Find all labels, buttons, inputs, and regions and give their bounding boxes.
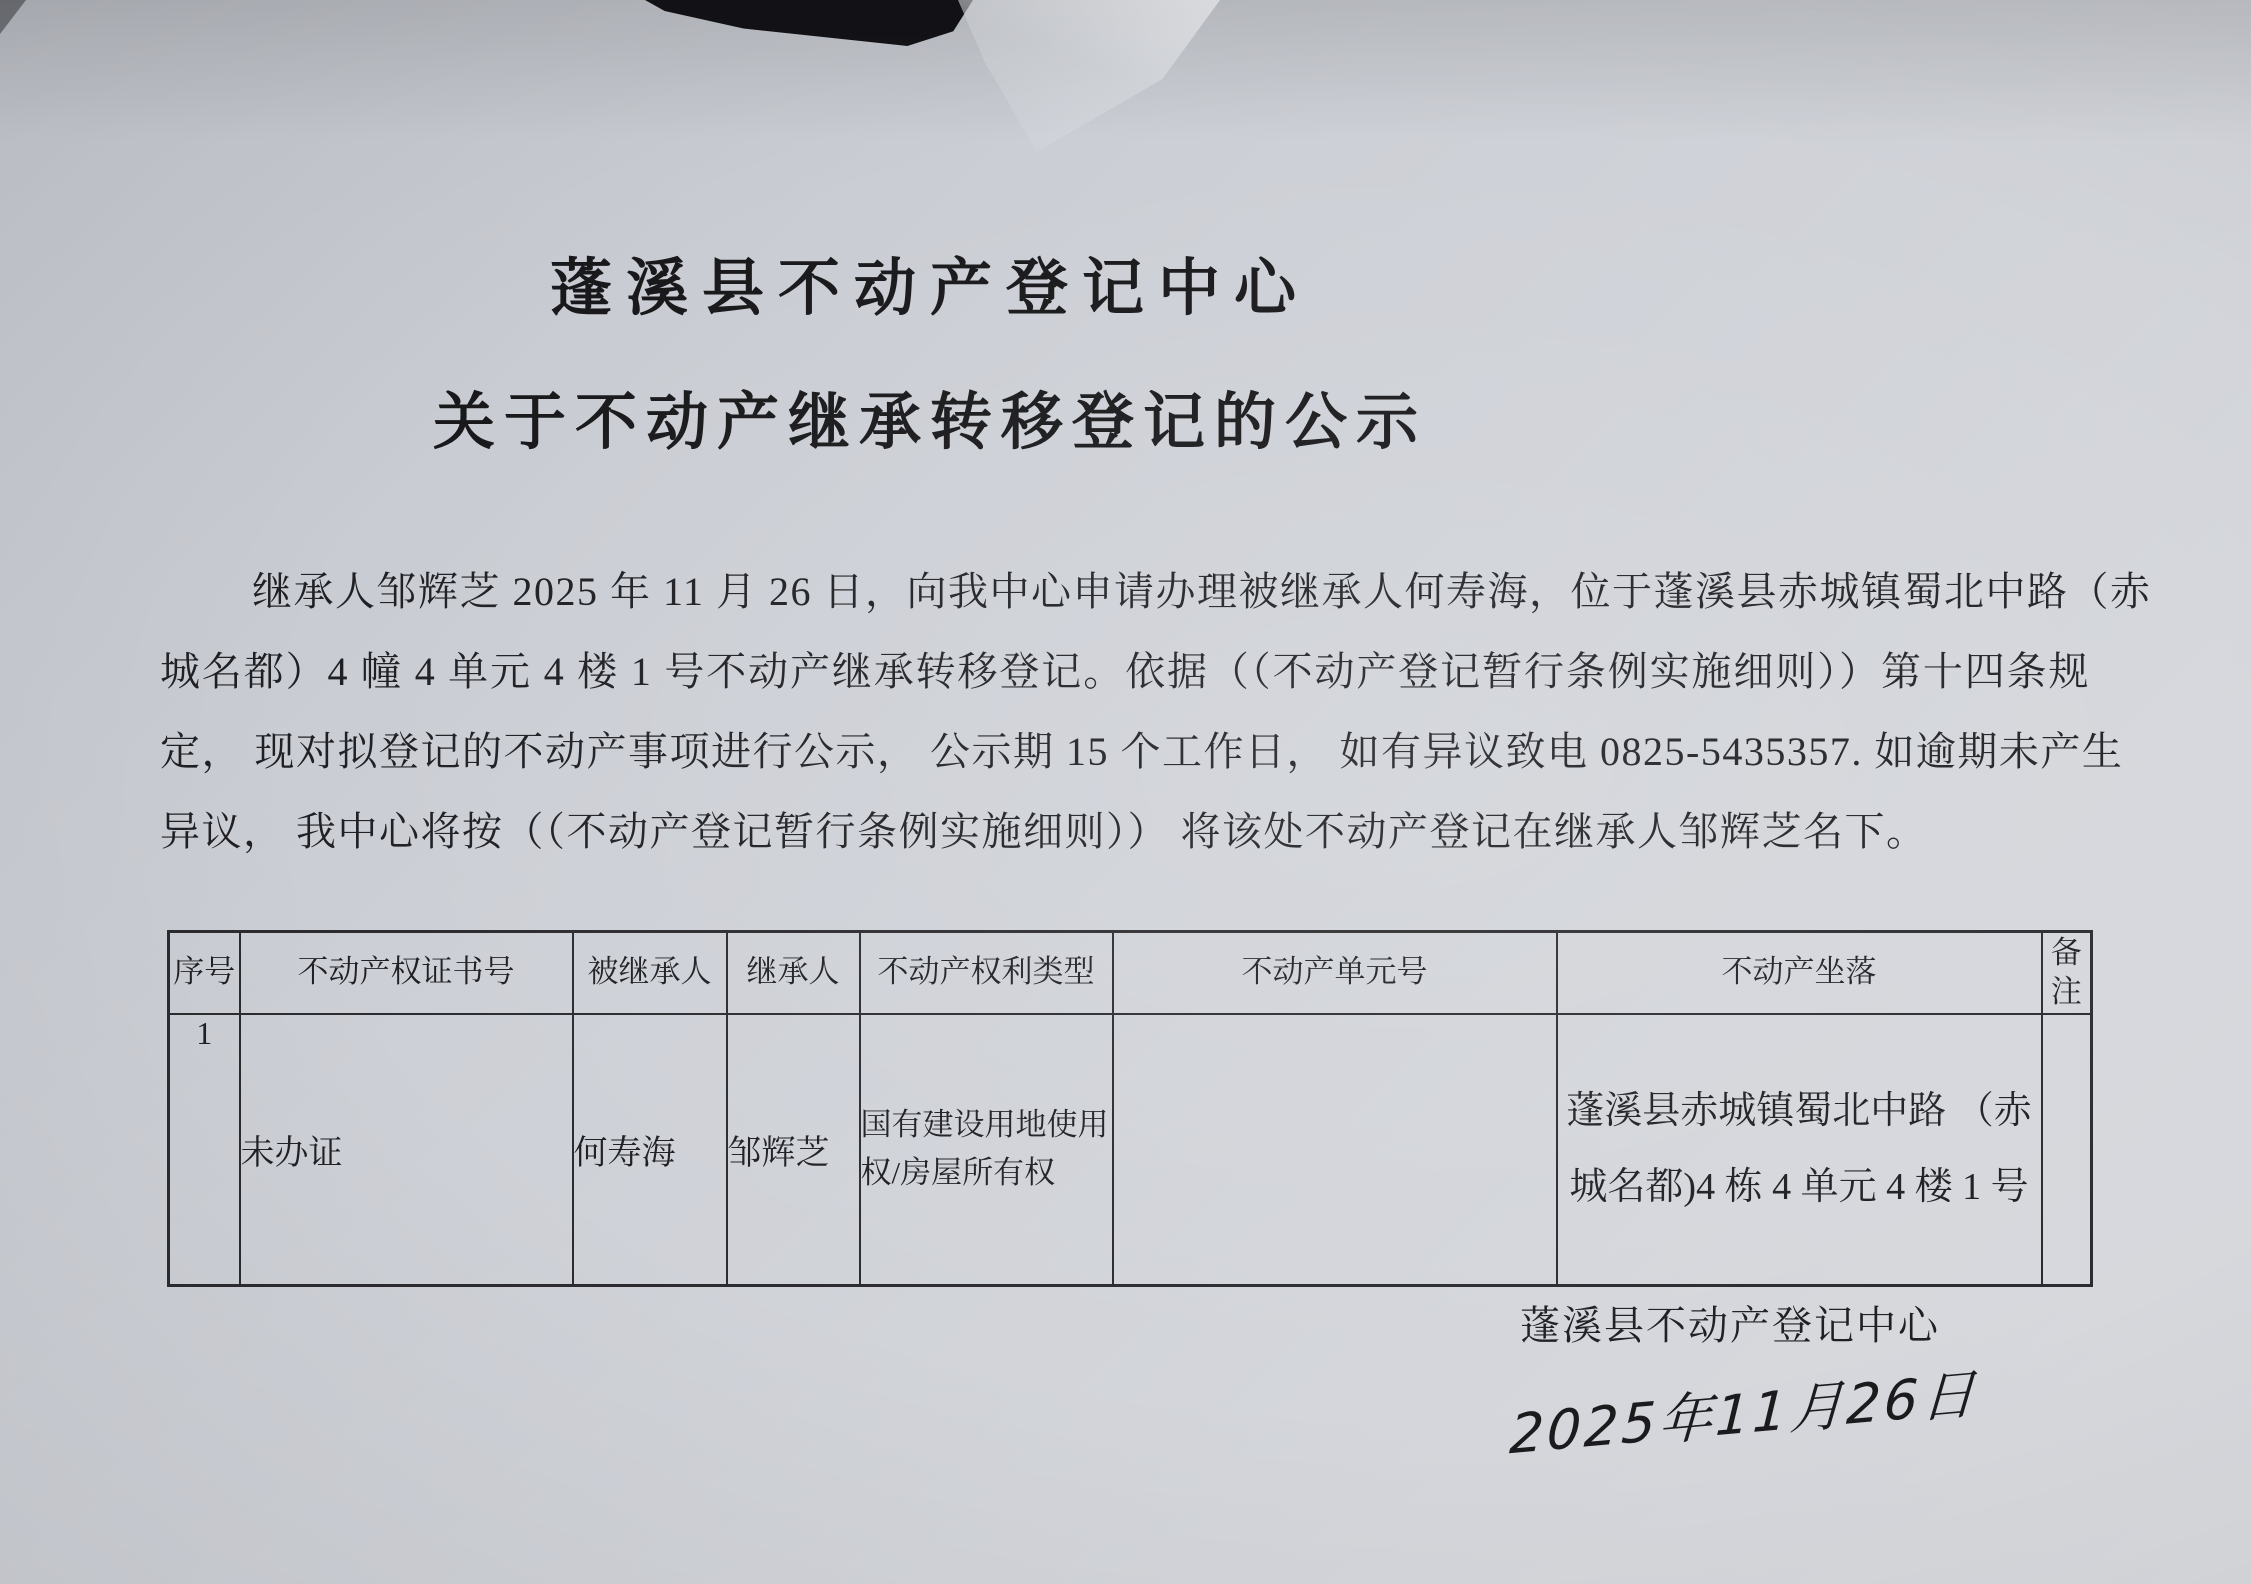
paper-fold-highlight <box>958 0 1220 152</box>
notice-paragraph: 继承人邹辉芝 2025 年 11 月 26 日，向我中心申请办理被继承人何寿海，… <box>160 552 2090 872</box>
document-title-line1: 蓬溪县不动产登记中心 <box>0 258 1860 320</box>
registration-table: 序号 不动产权证书号 被继承人 继承人 不动产权利类型 不动产单元号 不动产坐落… <box>167 930 2093 1287</box>
col-header-unit-no: 不动产单元号 <box>1113 932 1557 1014</box>
cell-unit-no <box>1113 1014 1557 1286</box>
handwritten-date: 2025年11月26日 <box>1508 1351 1980 1470</box>
cell-remark <box>2042 1014 2092 1286</box>
issuer-signature: 蓬溪县不动产登记中心 <box>1520 1294 1940 1351</box>
col-header-right-type: 不动产权利类型 <box>860 932 1113 1014</box>
cell-decedent: 何寿海 <box>573 1014 727 1286</box>
top-left-corner-shadow <box>0 0 26 34</box>
col-header-heir: 继承人 <box>727 932 860 1014</box>
table-row: 1 未办证 何寿海 邹辉芝 国有建设用地使用权/房屋所有权 蓬溪县赤城镇蜀北中路… <box>169 1014 2092 1286</box>
title-block: 蓬溪县不动产登记中心 关于不动产继承转移登记的公示 <box>0 258 1860 454</box>
document-photo: 蓬溪县不动产登记中心 关于不动产继承转移登记的公示 继承人邹辉芝 2025 年 … <box>0 0 2251 1584</box>
cell-cert-no: 未办证 <box>240 1014 573 1286</box>
paragraph-line-4: 异议， 我中心将按（（不动产登记暂行条例实施细则）） 将该处不动产登记在继承人邹… <box>160 792 2090 872</box>
paragraph-line-2: 城名都）4 幢 4 单元 4 楼 1 号不动产继承转移登记。依据（（不动产登记暂… <box>160 632 2090 712</box>
cell-location: 蓬溪县赤城镇蜀北中路 （赤城名都)4 栋 4 单元 4 楼 1 号 <box>1557 1014 2042 1286</box>
document-title-line2: 关于不动产继承转移登记的公示 <box>0 392 1860 454</box>
col-header-cert-no: 不动产权证书号 <box>240 932 573 1014</box>
col-header-location: 不动产坐落 <box>1557 932 2042 1014</box>
cell-seq: 1 <box>169 1014 240 1286</box>
paragraph-line-1: 继承人邹辉芝 2025 年 11 月 26 日，向我中心申请办理被继承人何寿海，… <box>160 552 2090 632</box>
col-header-remark: 备注 <box>2042 932 2092 1014</box>
col-header-decedent: 被继承人 <box>573 932 727 1014</box>
paragraph-line-3: 定， 现对拟登记的不动产事项进行公示， 公示期 15 个工作日， 如有异议致电 … <box>160 712 2090 792</box>
cell-heir: 邹辉芝 <box>727 1014 860 1286</box>
col-header-seq: 序号 <box>169 932 240 1014</box>
cell-right-type: 国有建设用地使用权/房屋所有权 <box>860 1014 1113 1286</box>
table-header-row: 序号 不动产权证书号 被继承人 继承人 不动产权利类型 不动产单元号 不动产坐落… <box>169 932 2092 1014</box>
dark-object-top-edge <box>645 0 973 46</box>
